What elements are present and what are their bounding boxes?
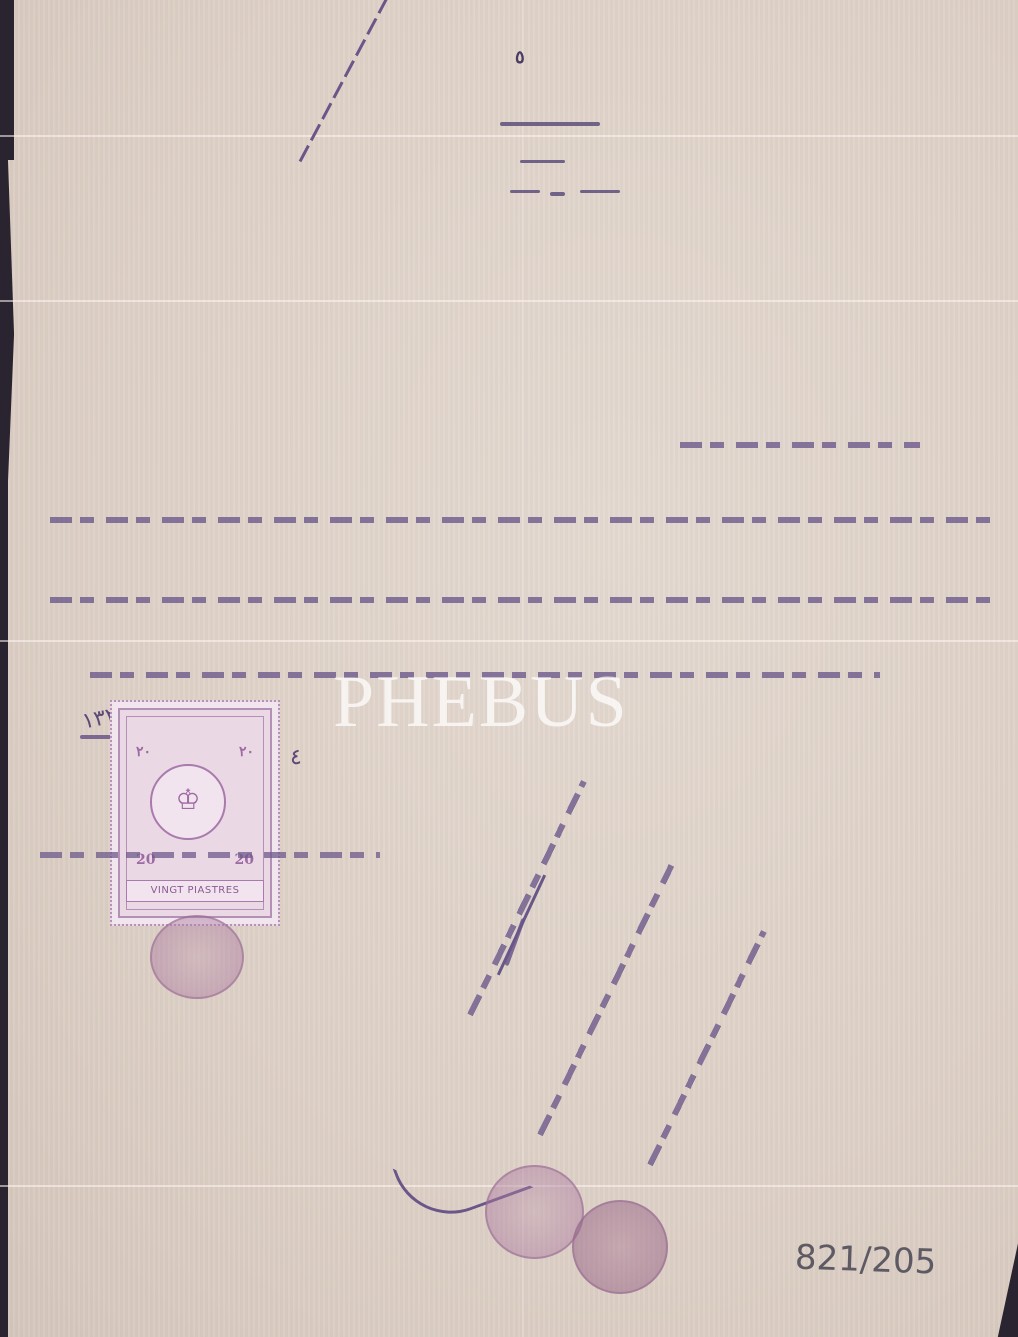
heading-numeral-line <box>510 190 540 193</box>
stamp-medallion: ♔ <box>150 764 226 840</box>
stamp-value-numeral: ٢٠ <box>239 744 254 760</box>
marginal-digit: ٤ <box>290 745 302 770</box>
stamp-label: VINGT PIASTRES <box>126 880 264 902</box>
salutation-line <box>680 430 920 460</box>
body-line <box>50 585 990 615</box>
horizontal-fold-crease <box>0 300 1018 302</box>
page-number-marker: ٥ <box>515 47 525 68</box>
archive-note: 821/205 <box>794 1238 937 1283</box>
signature-line <box>40 840 380 870</box>
tughra-icon: ♔ <box>172 780 204 820</box>
witness-seal-2 <box>572 1200 668 1294</box>
heading-line <box>500 122 600 126</box>
heading-numeral-line <box>550 192 565 196</box>
revenue-stamp: ٢٠ ٢٠ ♔ 20 20 VINGT PIASTRES <box>110 700 280 926</box>
document-heading <box>490 110 630 210</box>
watermark: PHEBUS <box>333 660 629 745</box>
heading-numeral-line <box>580 190 620 193</box>
heading-underline <box>520 160 565 163</box>
witness-seal-1 <box>485 1165 584 1259</box>
stamp-value-numeral: ٢٠ <box>136 744 151 760</box>
stamp-cancel-seal <box>150 915 244 999</box>
body-line <box>50 505 990 535</box>
horizontal-fold-crease <box>0 640 1018 642</box>
